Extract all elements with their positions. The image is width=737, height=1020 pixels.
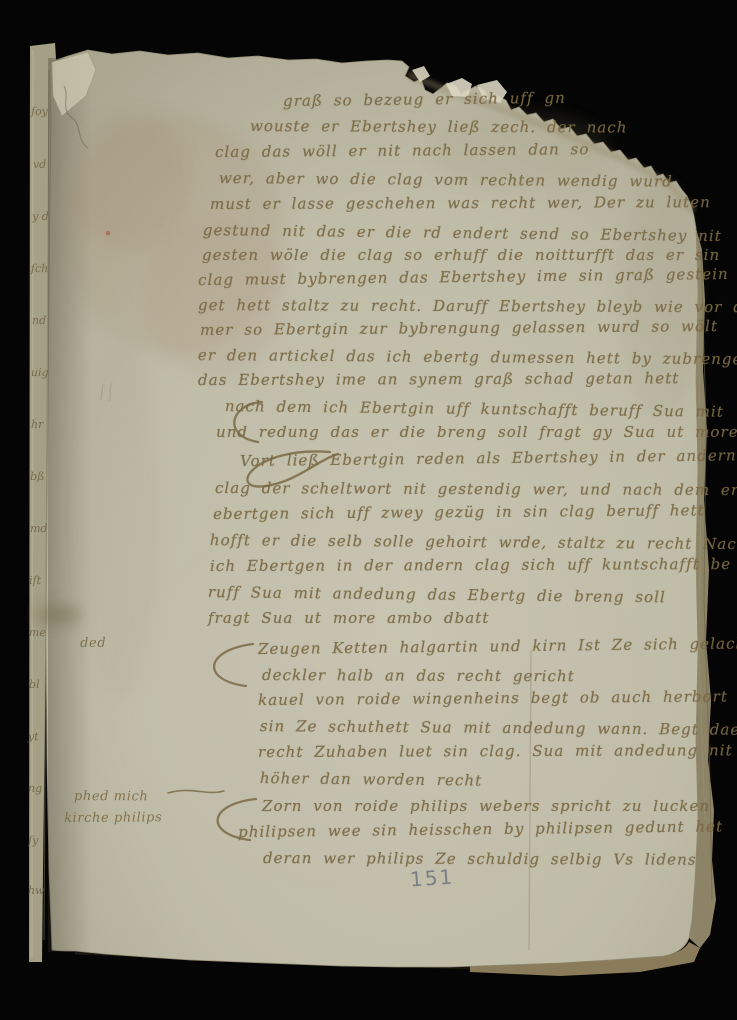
spine-text-fragment: md xyxy=(30,522,48,535)
manuscript-line: mer so Ebertgin zur bybrengung gelassen … xyxy=(200,317,718,339)
margin-note: phed mich xyxy=(74,789,148,804)
manuscript-line: Zeugen Ketten halgartin und kirn Ist Ze … xyxy=(258,634,737,658)
spine-text-fragment: iſt xyxy=(29,574,41,587)
spine-text-fragment: nd xyxy=(32,314,46,327)
spine-text-fragment: y d xyxy=(32,210,49,223)
manuscript-line: sin Ze schuthett Sua mit andedung wann. … xyxy=(260,717,737,739)
manuscript-line: er den artickel das ich ebertg dumessen … xyxy=(198,346,737,368)
manuscript-line: clag der scheltwort nit gestendig wer, u… xyxy=(215,479,737,499)
manuscript-line: deckler halb an das recht gericht xyxy=(262,666,575,685)
manuscript-line: hofft er die selb solle gehoirt wrde, st… xyxy=(210,531,737,553)
manuscript-line: wer, aber wo die clag vom rechten wendig… xyxy=(219,169,673,190)
spine-text-fragment: ſoy xyxy=(31,105,48,118)
spine-text-fragment: yt xyxy=(28,730,39,743)
manuscript-line: deran wer philips Ze schuldig selbig Vs … xyxy=(263,849,697,869)
manuscript-line: philipsen wee sin heisschen by philipsen… xyxy=(238,817,723,841)
manuscript-line: recht Zuhaben luet sin clag. Sua mit and… xyxy=(258,741,733,761)
margin-note: kirche philips xyxy=(64,810,162,826)
manuscript-line: gestund nit das er die rd endert send so… xyxy=(203,221,722,245)
manuscript-line: fragt Sua ut more ambo dbatt xyxy=(208,609,489,627)
manuscript-line: höher dan worden recht xyxy=(260,769,483,790)
margin-note: ded xyxy=(80,636,106,651)
manuscript-line: clag das wöll er nit nach lassen dan so xyxy=(215,140,589,161)
manuscript-line: und redung das er die breng soll fragt g… xyxy=(216,423,737,441)
manuscript-line: gesten wöle die clag so erhuff die noitt… xyxy=(202,246,720,264)
manuscript-line: ruff Sua mit andedung das Ebertg die bre… xyxy=(208,583,666,606)
manuscript-line: nach dem ich Ebertgin uff kuntschafft be… xyxy=(225,397,724,421)
manuscript-scan: ſoyvdy dſchnduighrbßmdiſtmeblytngſyhw gr… xyxy=(0,0,737,1020)
manuscript-line: kauel von roide wingenheins begt ob auch… xyxy=(258,687,728,709)
spine-text-fragment: vd xyxy=(33,158,46,171)
manuscript-line: clag must bybrengen das Ebertshey ime si… xyxy=(198,265,729,289)
spine-text-fragment: bß xyxy=(30,470,45,483)
spine-text-fragment: ſy xyxy=(28,834,38,847)
text-layer: ſoyvdy dſchnduighrbßmdiſtmeblytngſyhw gr… xyxy=(0,0,737,1020)
spine-text-fragment: me xyxy=(29,626,46,639)
manuscript-line: Zorn von roide philips webers spricht zu… xyxy=(262,797,710,815)
manuscript-line: get hett staltz zu recht. Daruff Ebertsh… xyxy=(198,296,737,316)
spine-text-fragment: ng xyxy=(28,782,42,795)
spine-text-fragment: hr xyxy=(31,418,43,431)
manuscript-line: das Ebertshey ime an synem graß schad ge… xyxy=(198,369,679,389)
manuscript-line: ich Ebertgen in der andern clag sich uff… xyxy=(210,555,731,575)
manuscript-line: graß so bezeug er sich uff gn xyxy=(283,89,566,110)
manuscript-line: wouste er Ebertshey ließ zech. der nach xyxy=(250,117,628,136)
spine-text-fragment: hw xyxy=(28,884,45,897)
spine-text-fragment: ſch xyxy=(31,262,48,275)
spine-text-fragment: bl xyxy=(29,678,40,691)
manuscript-line: must er lasse geschehen was recht wer, D… xyxy=(210,193,711,213)
manuscript-line: ebertgen sich uff zwey gezüg in sin clag… xyxy=(213,501,705,523)
manuscript-line: Vort ließ Ebertgin reden als Ebertshey i… xyxy=(240,446,737,470)
page-number: 151 xyxy=(409,864,455,891)
spine-text-fragment: uig xyxy=(31,366,49,379)
